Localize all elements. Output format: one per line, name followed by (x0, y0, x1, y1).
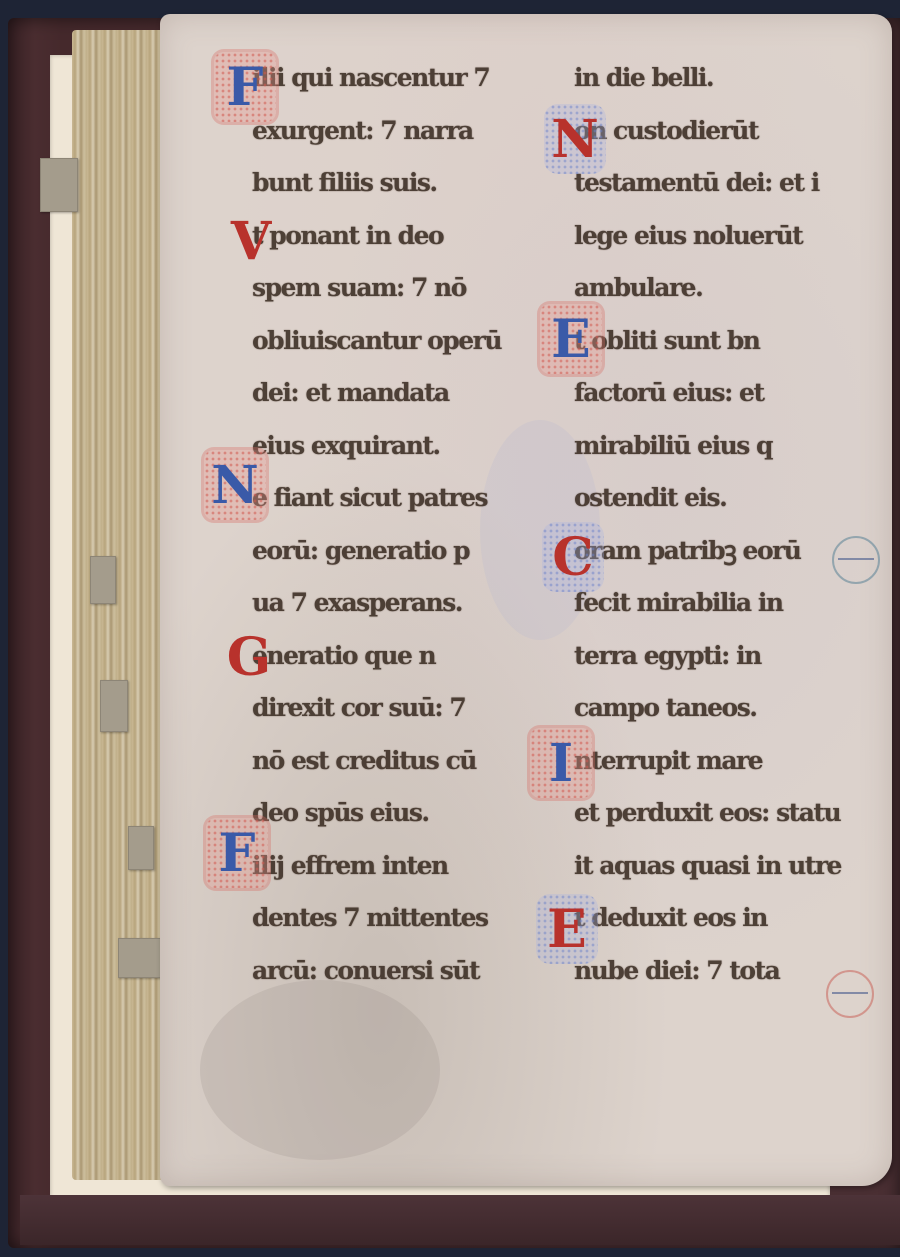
text-line: eorū: generatio p (252, 525, 520, 578)
text-line: exurgent: 7 narra (252, 105, 520, 158)
decorated-initial: N (204, 450, 266, 520)
text-line: ostendit eis. (574, 472, 854, 525)
red-initial: G (218, 622, 280, 692)
decorated-initial: I (530, 728, 592, 798)
text-line: ilii qui nascentur 7 (252, 52, 520, 105)
text-line: nō est creditus cū (252, 735, 520, 788)
text-line: bunt filiis suis. (252, 157, 520, 210)
text-line: ambulare. (574, 262, 854, 315)
decorated-initial: F (214, 52, 276, 122)
text-line: campo taneos. (574, 682, 854, 735)
text-line: terra egypti: in (574, 630, 854, 683)
text-line: obliuiscantur operū (252, 315, 520, 368)
red-initial: V (220, 206, 282, 276)
text-line: ilij effrem inten (252, 840, 520, 893)
parchment-stain (200, 980, 440, 1160)
text-line: t obliti sunt bn (574, 315, 854, 368)
text-line: t ponant in deo (252, 210, 520, 263)
text-line: factorū eius: et (574, 367, 854, 420)
text-line: arcū: conuersi sūt (252, 945, 520, 998)
text-line: dentes 7 mittentes (252, 892, 520, 945)
text-line: e fiant sicut patres (252, 472, 520, 525)
text-line: eneratio que n (252, 630, 520, 683)
parchment-tab (128, 826, 154, 870)
text-line: t deduxit eos in (574, 892, 854, 945)
parchment-tab (118, 938, 164, 978)
text-line: spem suam: 7 nō (252, 262, 520, 315)
decorated-initial: E (536, 894, 598, 964)
text-line: mirabiliū eius q (574, 420, 854, 473)
text-line: lege eius noluerūt (574, 210, 854, 263)
text-line: dei: et mandata (252, 367, 520, 420)
text-line: oram patribꝫ eorū (574, 525, 854, 578)
show-through-initial (826, 970, 874, 1018)
text-line: eius exquirant. (252, 420, 520, 473)
parchment-tab (90, 556, 116, 604)
parchment-tab (100, 680, 128, 732)
text-line: testamentū dei: et i (574, 157, 854, 210)
right-text-column: in die belli. on custodierūt testamentū … (574, 52, 854, 997)
binding-lower-edge (20, 1195, 900, 1245)
parchment-tab (40, 158, 78, 212)
decorated-initial: E (540, 304, 602, 374)
text-line: nterrupit mare (574, 735, 854, 788)
text-line: et perduxit eos: statu (574, 787, 854, 840)
text-line: in die belli. (574, 52, 854, 105)
show-through-initial (832, 536, 880, 584)
text-line: deo spūs eius. (252, 787, 520, 840)
text-line: on custodierūt (574, 105, 854, 158)
text-line: direxit cor suū: 7 (252, 682, 520, 735)
decorated-initial: C (542, 522, 604, 592)
decorated-initial: N (544, 104, 606, 174)
text-line: nube diei: 7 tota (574, 945, 854, 998)
left-text-column: ilii qui nascentur 7 exurgent: 7 narra b… (252, 52, 520, 997)
decorated-initial: F (206, 818, 268, 888)
text-line: fecit mirabilia in (574, 577, 854, 630)
text-line: ua 7 exasperans. (252, 577, 520, 630)
text-line: it aquas quasi in utre (574, 840, 854, 893)
